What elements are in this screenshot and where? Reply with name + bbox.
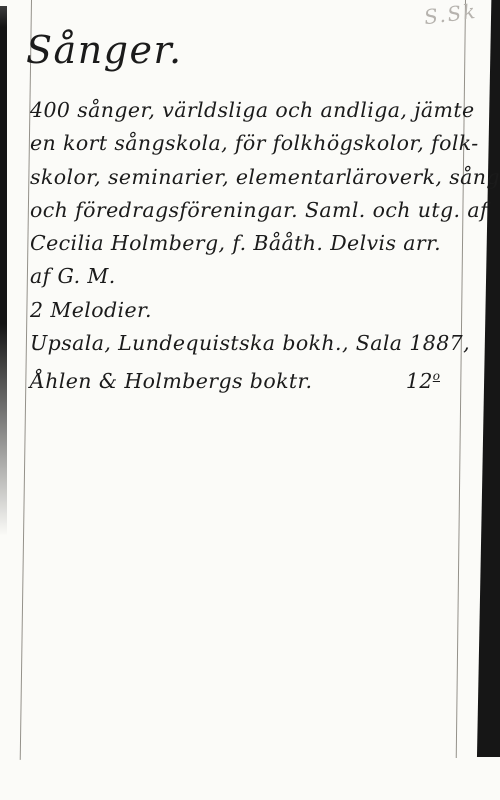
melody-count-line: 2 Melodier. — [30, 294, 440, 327]
card-line: och föredragsföreningar. Saml. och utg. … — [30, 194, 440, 227]
card-line: en kort sångskola, för folkhögskolor, fo… — [30, 127, 440, 160]
card-title: Sånger. — [26, 28, 183, 72]
format-note: 12o — [406, 360, 440, 398]
card-line: af G. M. — [30, 260, 440, 293]
scanned-catalog-card: S.Sk Sånger. 400 sånger, världsliga och … — [0, 0, 500, 800]
card-line: skolor, seminarier, elementarläroverk, s… — [30, 161, 440, 194]
scan-edge-left — [0, 6, 7, 536]
pencil-shelfmark: S.Sk — [423, 0, 479, 29]
format-number: 12 — [406, 369, 433, 393]
card-body: 400 sånger, världsliga och andliga, jämt… — [30, 94, 440, 394]
format-ordinal: o — [433, 369, 440, 383]
imprint-line: Upsala, Lundequistska bokh., Sala 1887, — [30, 327, 440, 360]
card-line: 400 sånger, världsliga och andliga, jämt… — [30, 94, 440, 127]
scan-edge-right — [476, 0, 500, 757]
printer-row: Åhlen & Holmbergs boktr. 12o — [30, 360, 440, 393]
card-line: Cecilia Holmberg, f. Bååth. Delvis arr. — [30, 227, 440, 260]
printer-line: Åhlen & Holmbergs boktr. — [30, 365, 312, 398]
